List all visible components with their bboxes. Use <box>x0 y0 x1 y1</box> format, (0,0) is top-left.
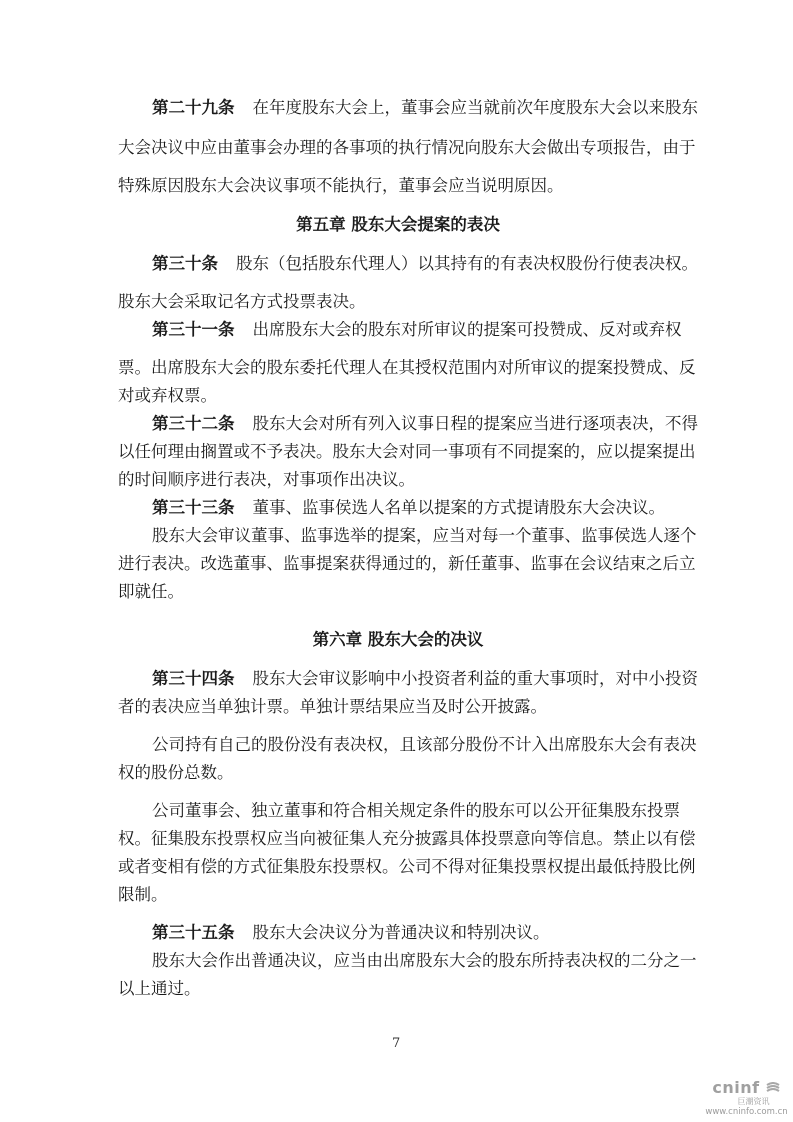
watermark-url: www.cninfo.com.cn <box>700 1107 793 1118</box>
cninfo-watermark: cninf 巨潮资讯 www.cninfo.com.cn <box>700 1078 793 1118</box>
article-32-line-2: 以任何理由搁置或不予表决。股东大会对同一事项有不同提案的，应以提案提出 <box>118 442 696 462</box>
article-29-line-3: 特殊原因股东大会决议事项不能执行，董事会应当说明原因。 <box>118 176 564 196</box>
article-29-label: 第二十九条 <box>152 98 235 117</box>
article-35-label: 第三十五条 <box>152 923 235 942</box>
article-30-line-1: 第三十条股东（包括股东代理人）以其持有的有表决权股份行使表决权。 <box>152 254 698 274</box>
article-33-label: 第三十三条 <box>152 498 235 517</box>
chapter-5-heading: 第五章 股东大会提案的表决 <box>118 215 678 235</box>
article-35-line-1: 第三十五条股东大会决议分为普通决议和特别决议。 <box>152 923 550 943</box>
article-34-para3-line-2: 权。征集股东投票权应当向被征集人充分披露具体投票意向等信息。禁止以有偿 <box>118 829 696 849</box>
article-34-para2-line-1: 公司持有自己的股份没有表决权，且该部分股份不计入出席股东大会有表决 <box>152 735 697 755</box>
article-32-line-3: 的时间顺序进行表决，对事项作出决议。 <box>118 470 415 490</box>
cninfo-logo-icon <box>765 1079 781 1091</box>
article-33-para2-line-1: 股东大会审议董事、监事选举的提案，应当对每一个董事、监事侯选人逐个 <box>152 526 697 546</box>
article-34-line-2: 者的表决应当单独计票。单独计票结果应当及时公开披露。 <box>118 697 547 717</box>
article-34-para3-line-1: 公司董事会、独立董事和符合相关规定条件的股东可以公开征集股东投票 <box>152 801 680 821</box>
article-29-line-1: 第二十九条在年度股东大会上，董事会应当就前次年度股东大会以来股东 <box>152 98 698 118</box>
article-32-label: 第三十二条 <box>152 414 235 433</box>
article-31-line-3: 对或弃权票。 <box>118 386 217 406</box>
article-33-line-1: 第三十三条董事、监事侯选人名单以提案的方式提请股东大会决议。 <box>152 498 665 518</box>
article-30-label: 第三十条 <box>152 254 218 273</box>
watermark-cn-name: 巨潮资讯 <box>714 1097 793 1107</box>
watermark-brand: cninf <box>712 1078 759 1097</box>
article-34-para3-line-3: 或者变相有偿的方式征集股东投票权。公司不得对征集投票权提出最低持股比例 <box>118 857 696 877</box>
article-35-para2-line-1: 股东大会作出普通决议，应当由出席股东大会的股东所持表决权的二分之一 <box>152 951 697 971</box>
article-30-line-2: 股东大会采取记名方式投票表决。 <box>118 292 366 312</box>
article-33-para2-line-2: 进行表决。改选董事、监事提案获得通过的，新任董事、监事在会议结束之后立 <box>118 554 696 574</box>
article-34-para3-line-4: 限制。 <box>118 885 168 905</box>
article-31-label: 第三十一条 <box>152 320 235 339</box>
article-29-line-2: 大会决议中应由董事会办理的各事项的执行情况向股东大会做出专项报告，由于 <box>118 138 696 158</box>
article-32-line-1: 第三十二条股东大会对所有列入议事日程的提案应当进行逐项表决，不得 <box>152 414 698 434</box>
article-34-para2-line-2: 权的股份总数。 <box>118 763 234 783</box>
article-31-line-1: 第三十一条出席股东大会的股东对所审议的提案可投赞成、反对或弃权 <box>152 320 682 340</box>
page-number: 7 <box>392 1036 400 1051</box>
article-35-para2-line-2: 以上通过。 <box>118 979 201 999</box>
article-34-label: 第三十四条 <box>152 669 235 688</box>
chapter-6-heading: 第六章 股东大会的决议 <box>118 630 678 650</box>
article-34-line-1: 第三十四条股东大会审议影响中小投资者利益的重大事项时，对中小投资 <box>152 669 698 689</box>
article-33-para2-line-3: 即就任。 <box>118 582 184 602</box>
article-31-line-2: 票。出席股东大会的股东委托代理人在其授权范围内对所审议的提案投赞成、反 <box>118 358 696 378</box>
